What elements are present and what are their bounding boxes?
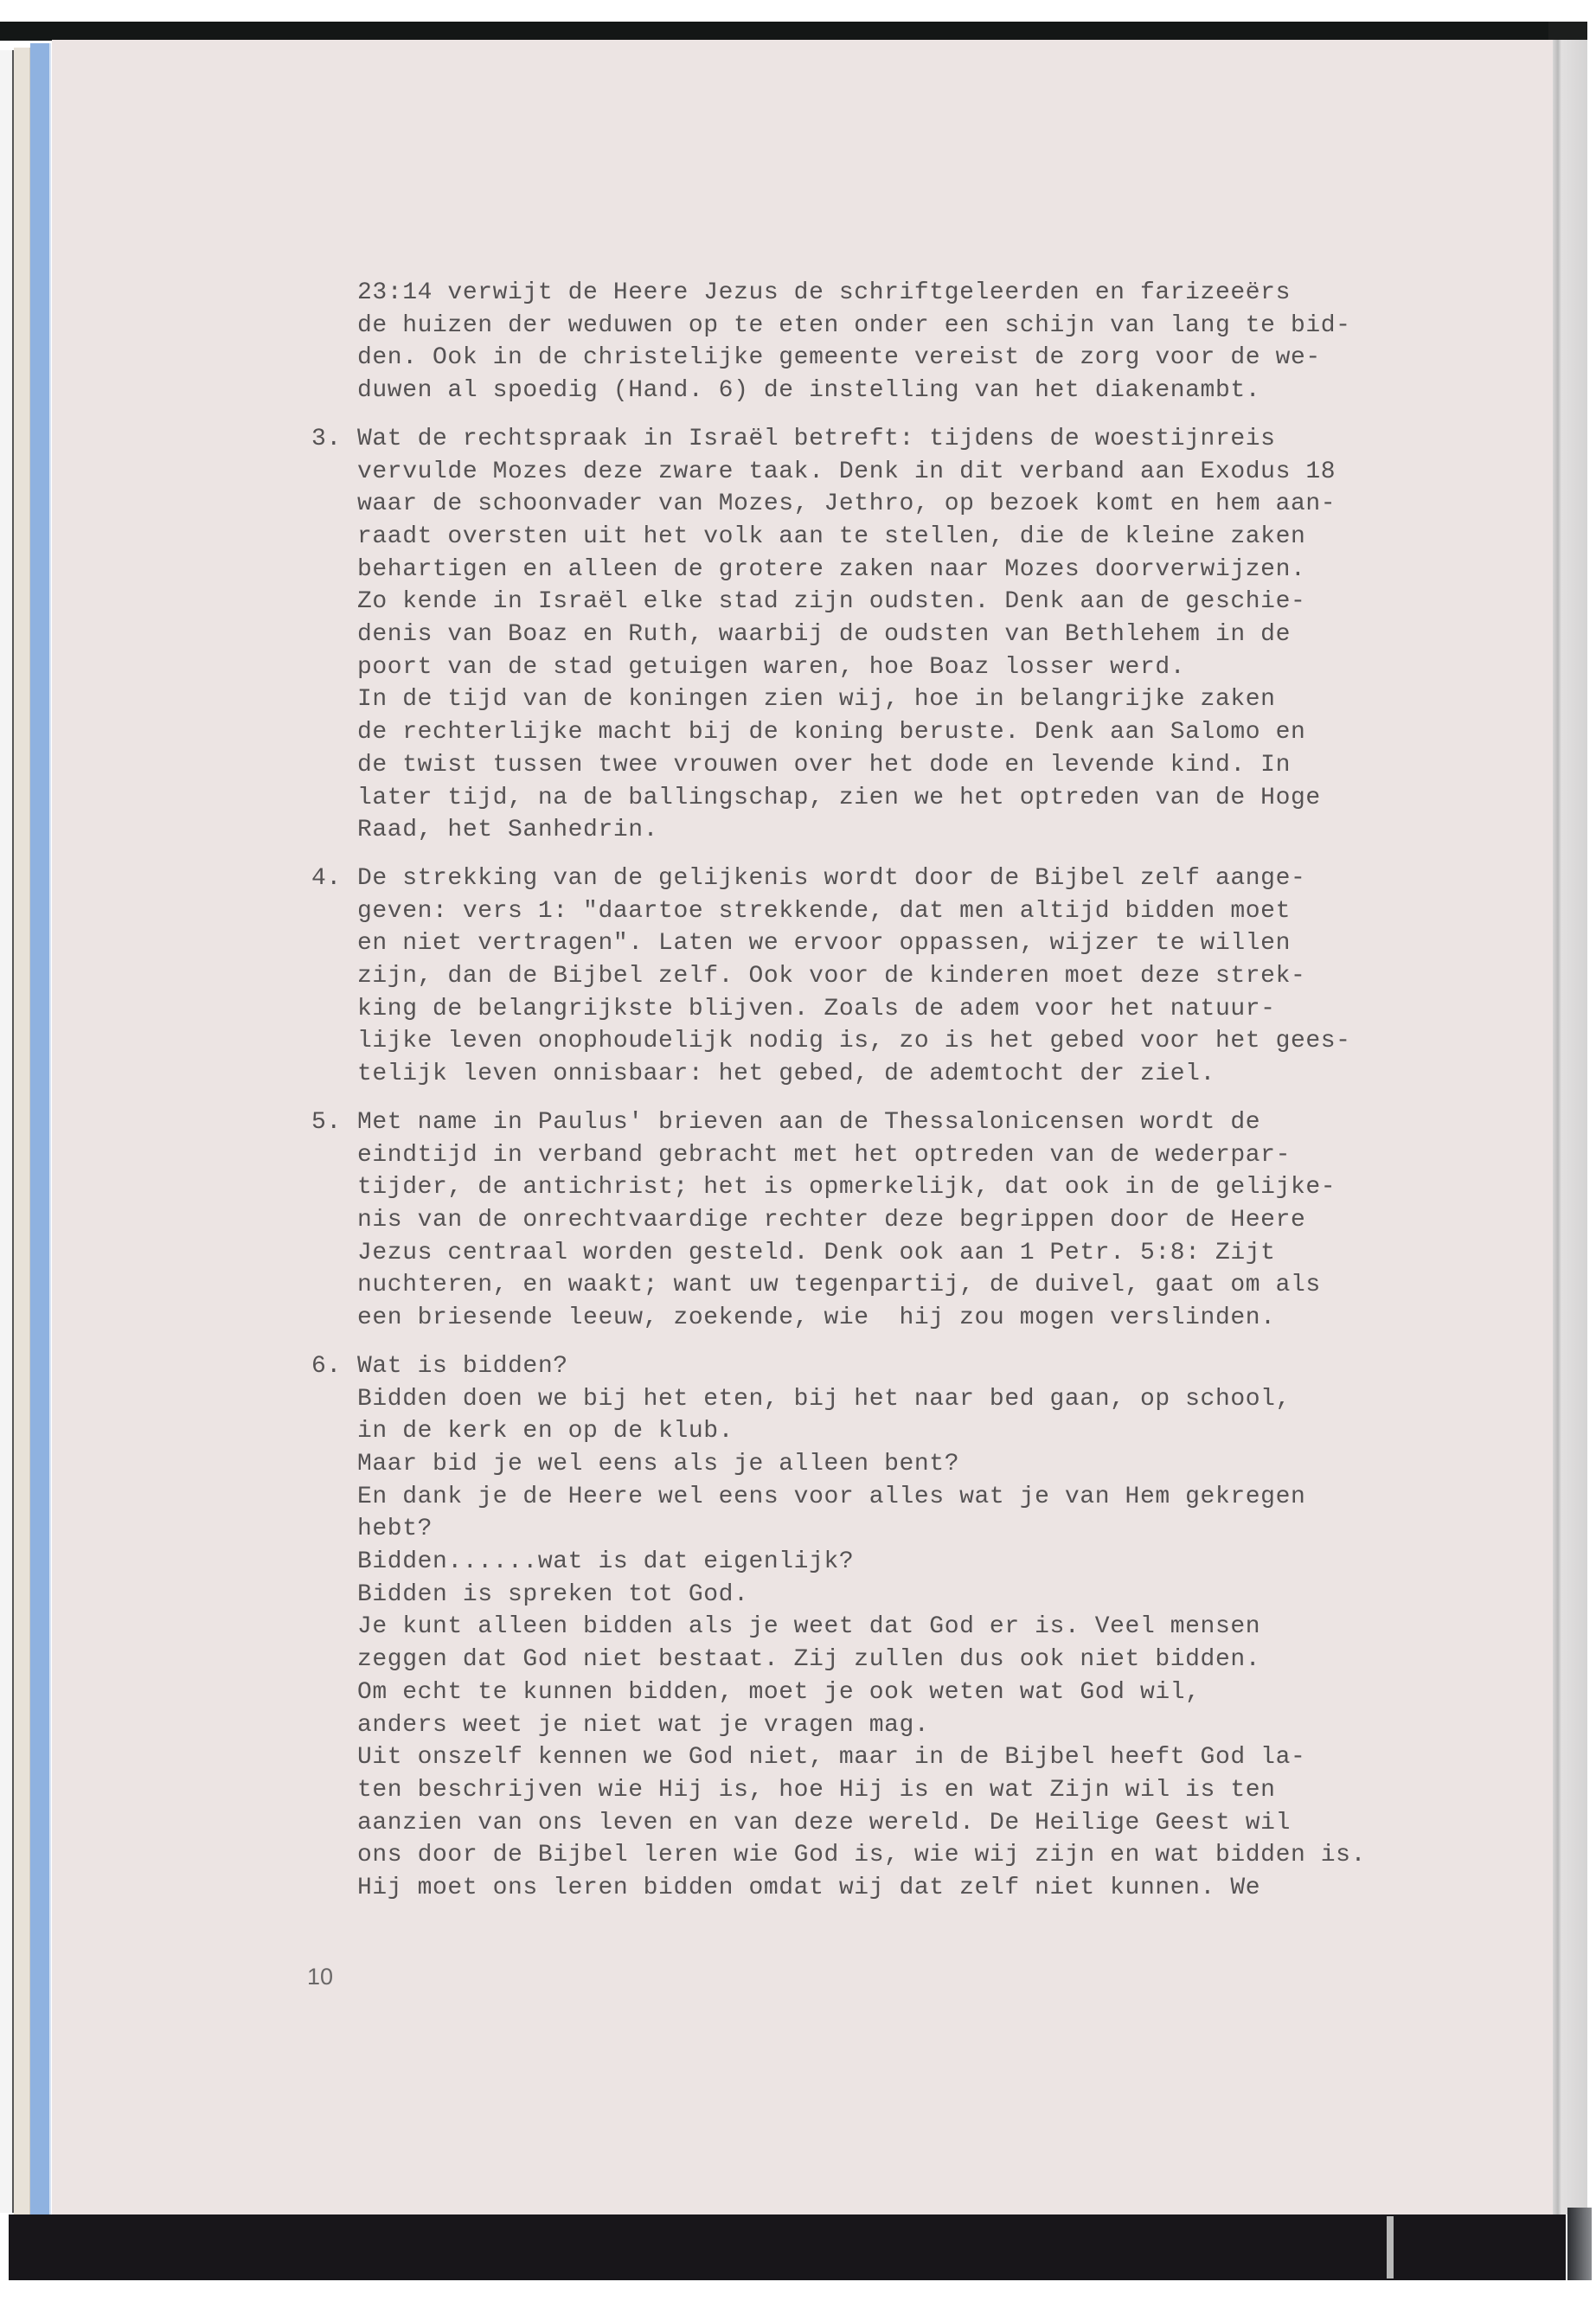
text-line: poort van de stad getuigen waren, hoe Bo… <box>357 651 1505 684</box>
text-line: zijn, dan de Bijbel zelf. Ook voor de ki… <box>357 960 1505 993</box>
scan-frame-bottom <box>9 2214 1566 2280</box>
paragraph-number: 4. <box>311 862 357 895</box>
paragraph-number: 5. <box>311 1106 357 1139</box>
text-line: Zo kende in Israël elke stad zijn oudste… <box>357 586 1505 619</box>
text-line: Bidden doen we bij het eten, bij het naa… <box>357 1383 1505 1416</box>
text-line: aanzien van ons leven en van deze wereld… <box>357 1807 1505 1840</box>
text-line: denis van Boaz en Ruth, waarbij de oudst… <box>357 619 1505 651</box>
text-line: Uit onszelf kennen we God niet, maar in … <box>357 1741 1505 1774</box>
text-line: de rechterlijke macht bij de koning beru… <box>357 716 1505 749</box>
text-line: Hij moet ons leren bidden omdat wij dat … <box>357 1872 1505 1905</box>
text-line: Maar bid je wel eens als je alleen bent? <box>357 1448 1505 1481</box>
text-line: Bidden......wat is dat eigenlijk? <box>357 1546 1505 1579</box>
text-line: geven: vers 1: "daartoe strekkende, dat … <box>357 895 1505 928</box>
paragraph-number: 3. <box>311 423 357 456</box>
text-line: behartigen en alleen de grotere zaken na… <box>357 554 1505 586</box>
page-number: 10 <box>307 1964 333 1990</box>
scan-frame-top <box>0 22 1548 41</box>
text-line: in de kerk en op de klub. <box>357 1415 1505 1448</box>
numbered-paragraph: 3.Wat de rechtspraak in Israël betreft: … <box>311 423 1505 847</box>
numbered-paragraph: 6.Wat is bidden?Bidden doen we bij het e… <box>311 1350 1505 1905</box>
text-line: de huizen der weduwen op te eten onder e… <box>357 310 1505 343</box>
numbered-paragraph: 4.De strekking van de gelijkenis wordt d… <box>311 862 1505 1091</box>
text-line: Met name in Paulus' brieven aan de Thess… <box>357 1106 1505 1139</box>
text-line: hebt? <box>357 1513 1505 1546</box>
text-line: duwen al spoedig (Hand. 6) de instelling… <box>357 375 1505 407</box>
text-line: nuchteren, en waakt; want uw tegenpartij… <box>357 1269 1505 1302</box>
binder-blue-strip <box>30 43 51 2216</box>
text-line: de twist tussen twee vrouwen over het do… <box>357 749 1505 782</box>
text-line: De strekking van de gelijkenis wordt doo… <box>357 862 1505 895</box>
text-line: waar de schoonvader van Mozes, Jethro, o… <box>357 488 1505 521</box>
text-line: Jezus centraal worden gesteld. Denk ook … <box>357 1237 1505 1270</box>
text-line: 23:14 verwijt de Heere Jezus de schriftg… <box>357 277 1505 310</box>
text-line: Wat is bidden? <box>357 1350 1505 1383</box>
document-body: 23:14 verwijt de Heere Jezus de schriftg… <box>311 277 1505 1920</box>
text-line: en niet vertragen". Laten we ervoor oppa… <box>357 927 1505 960</box>
text-line: raadt oversten uit het volk aan te stell… <box>357 521 1505 554</box>
text-line: eindtijd in verband gebracht met het opt… <box>357 1139 1505 1172</box>
scan-frame-bottom-right <box>1567 2208 1592 2280</box>
scan-frame-mark <box>1387 2216 1394 2279</box>
text-line: anders weet je niet wat je vragen mag. <box>357 1709 1505 1742</box>
text-line: telijk leven onnisbaar: het gebed, de ad… <box>357 1058 1505 1091</box>
text-line: Bidden is spreken tot God. <box>357 1579 1505 1612</box>
text-line: Raad, het Sanhedrin. <box>357 814 1505 847</box>
paragraph: 23:14 verwijt de Heere Jezus de schriftg… <box>311 277 1505 407</box>
text-line: In de tijd van de koningen zien wij, hoe… <box>357 683 1505 716</box>
text-line: En dank je de Heere wel eens voor alles … <box>357 1481 1505 1514</box>
text-line: den. Ook in de christelijke gemeente ver… <box>357 342 1505 375</box>
text-line: een briesende leeuw, zoekende, wie hij z… <box>357 1302 1505 1335</box>
scan-frame-top-right <box>1548 22 1587 41</box>
text-line: zeggen dat God niet bestaat. Zij zullen … <box>357 1644 1505 1676</box>
numbered-paragraph: 5.Met name in Paulus' brieven aan de The… <box>311 1106 1505 1335</box>
text-line: king de belangrijkste blijven. Zoals de … <box>357 993 1505 1026</box>
text-line: Wat de rechtspraak in Israël betreft: ti… <box>357 423 1505 456</box>
text-line: later tijd, na de ballingschap, zien we … <box>357 782 1505 815</box>
binder-inner-edge <box>14 48 30 2214</box>
text-line: nis van de onrechtvaardige rechter deze … <box>357 1204 1505 1237</box>
page-right-edge <box>1553 40 1587 2214</box>
binder-edge <box>0 50 14 2213</box>
text-line: lijke leven onophoudelijk nodig is, zo i… <box>357 1025 1505 1058</box>
paragraph-number: 6. <box>311 1350 357 1383</box>
text-line: Om echt te kunnen bidden, moet je ook we… <box>357 1676 1505 1709</box>
text-line: vervulde Mozes deze zware taak. Denk in … <box>357 456 1505 489</box>
text-line: ons door de Bijbel leren wie God is, wie… <box>357 1839 1505 1872</box>
text-line: Je kunt alleen bidden als je weet dat Go… <box>357 1611 1505 1644</box>
text-line: tijder, de antichrist; het is opmerkelij… <box>357 1171 1505 1204</box>
text-line: ten beschrijven wie Hij is, hoe Hij is e… <box>357 1774 1505 1807</box>
